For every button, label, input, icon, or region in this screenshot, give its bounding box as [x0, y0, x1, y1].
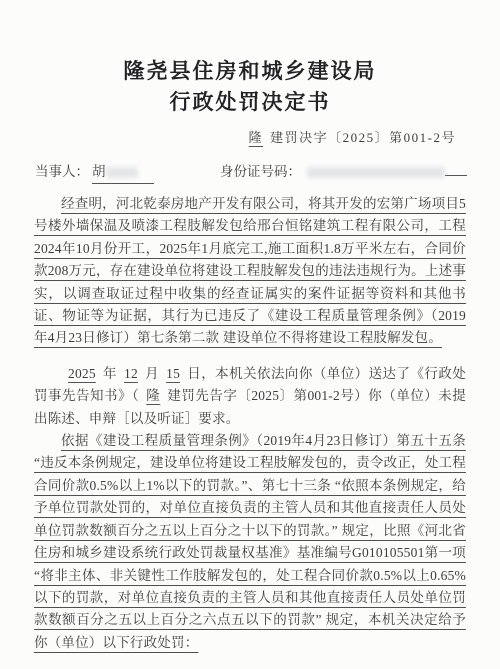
doc-number-text: 建罚决字〔2025〕第001-2号	[270, 130, 456, 145]
document-type-title: 行政处罚决定书	[0, 87, 500, 118]
party-line: 当事人：胡身份证号码：	[35, 161, 465, 184]
notice-region-blank: 隆	[139, 388, 167, 403]
doc-number-region-blank: 隆	[242, 130, 271, 145]
paragraph-legal-basis: 依据《建设工程质量管理条例》（2019年4月23日修订）第五十五条 “违反本条例…	[34, 430, 466, 654]
notice-day-blank: 15	[159, 366, 187, 381]
id-number-underline	[445, 174, 467, 176]
notice-month-unit: 月	[145, 366, 159, 381]
party-name: 胡	[92, 164, 106, 179]
party-name-redaction	[106, 167, 138, 178]
document-number-line: 隆建罚决字〔2025〕第001-2号	[0, 127, 500, 146]
notice-month-blank: 12	[117, 366, 145, 381]
party-name-blank: 胡	[92, 161, 154, 184]
notice-year-unit: 年	[103, 366, 117, 381]
document-header: 隆尧县住房和城乡建设局 行政处罚决定书	[0, 0, 500, 118]
party-label: 当事人：	[35, 164, 89, 179]
notice-year-blank: 2025	[61, 366, 103, 381]
paragraph-facts: 经查明，河北乾泰房地产开发有限公司，将其开发的宏第广场项目5号楼外墙保温及喷漆工…	[34, 193, 466, 350]
agency-title: 隆尧县住房和城乡建设局	[0, 56, 500, 87]
paragraph-prior-notice: 2025年12月15日，本机关依法向你（单位）送达了《行政处罚事先告知书》（隆建…	[34, 363, 466, 430]
scanned-penalty-document-page: 隆尧县住房和城乡建设局 行政处罚决定书 隆建罚决字〔2025〕第001-2号 当…	[0, 0, 500, 669]
id-number-label: 身份证号码：	[220, 164, 301, 179]
id-number-redaction	[307, 167, 445, 178]
